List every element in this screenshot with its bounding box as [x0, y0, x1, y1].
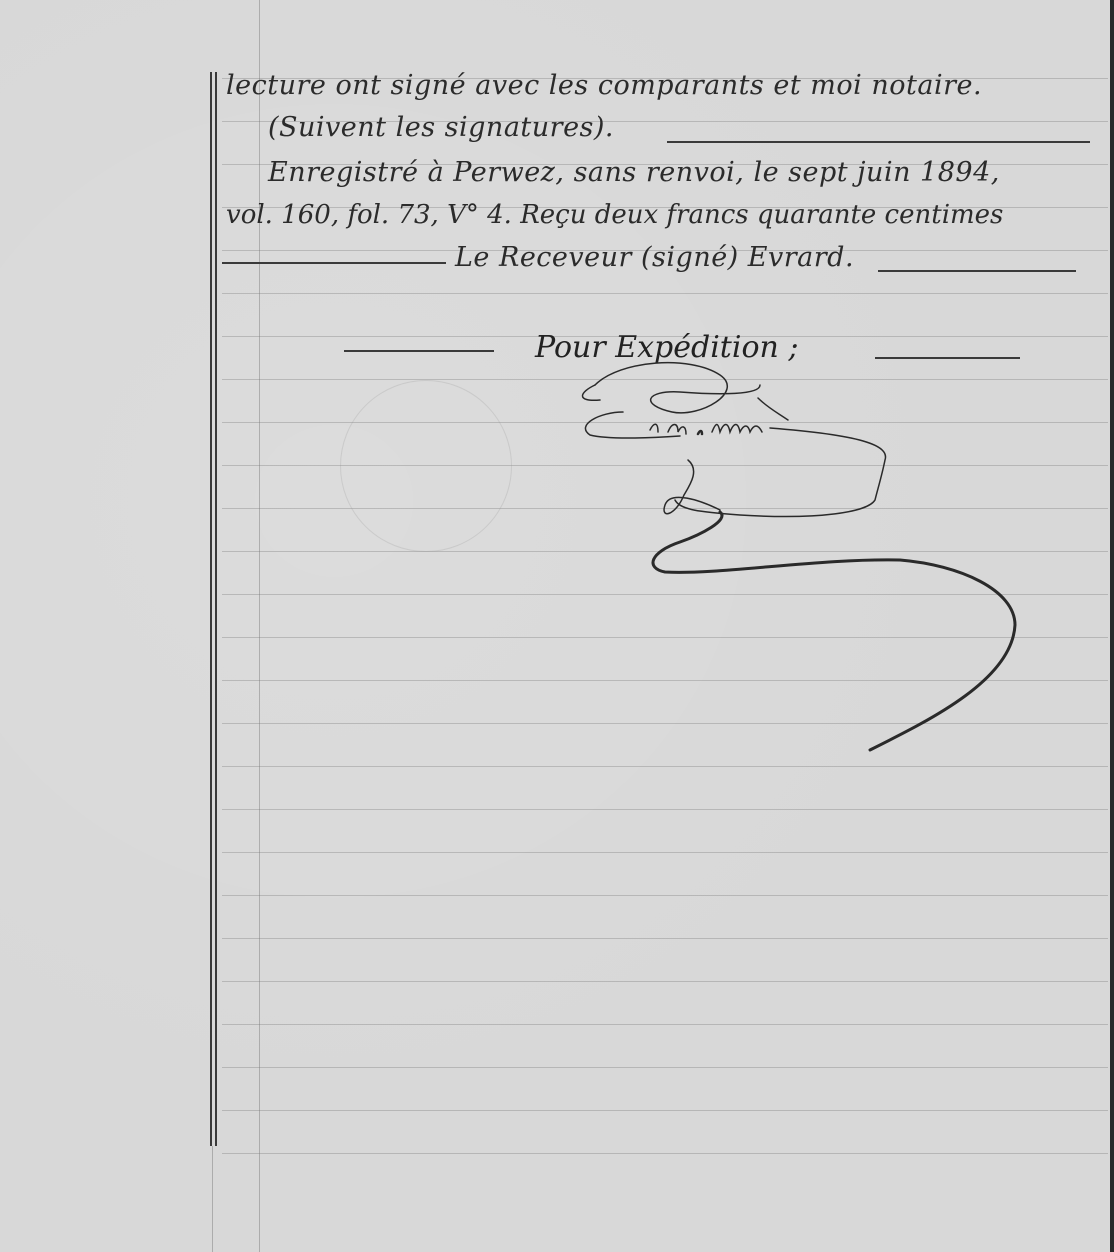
document-page: lecture ont signé avec les comparants et… [0, 0, 1114, 1252]
signature-icon [0, 0, 1114, 1252]
